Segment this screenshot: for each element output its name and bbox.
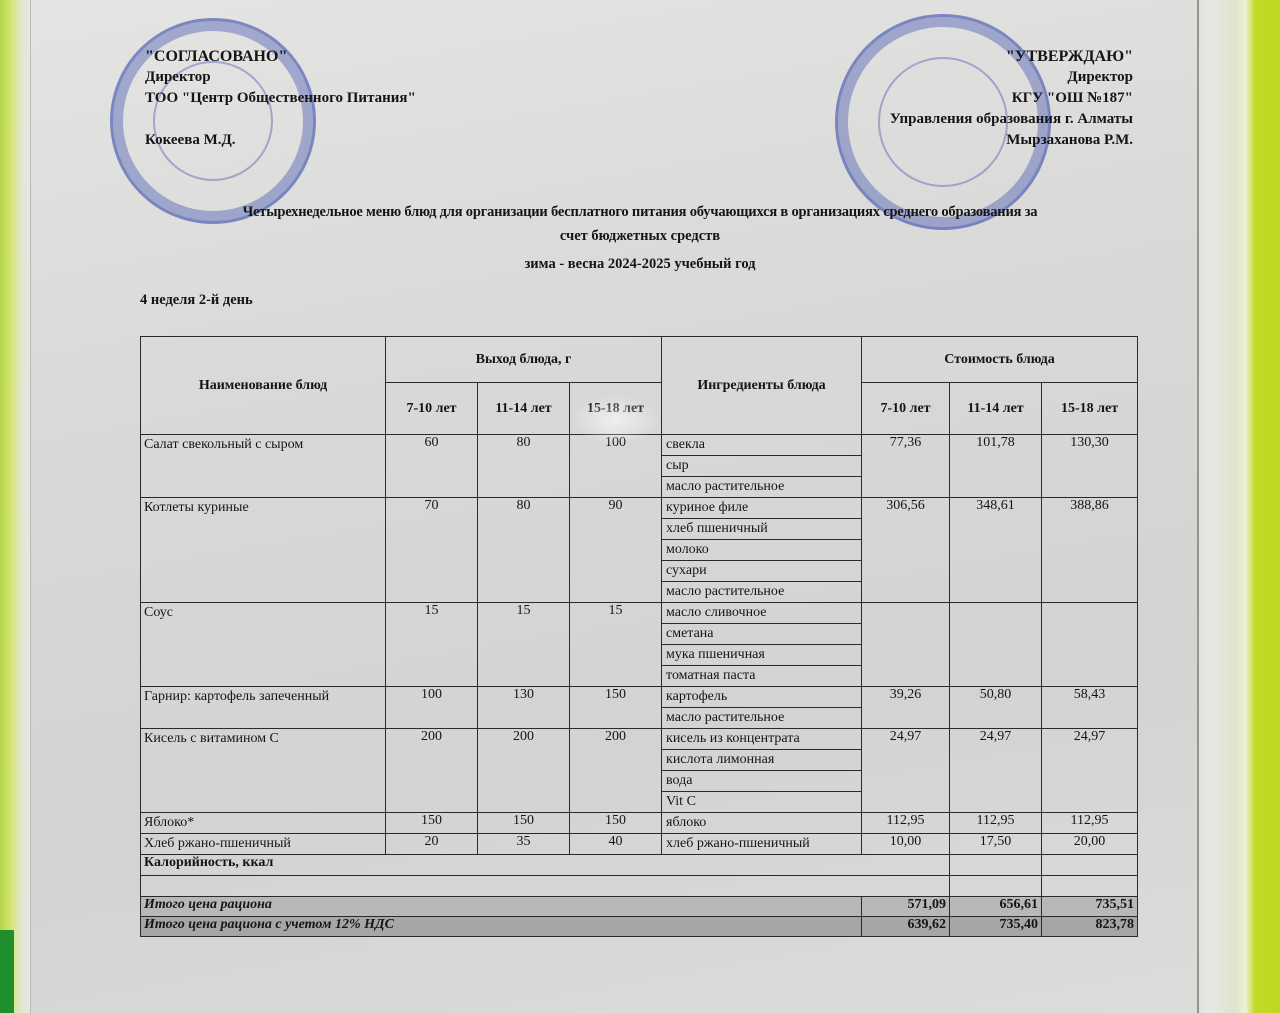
total-value: 571,09 (862, 897, 950, 917)
dish-yield: 150 (570, 813, 662, 834)
dish-yield: 15 (478, 603, 570, 687)
dish-cost: 130,30 (1042, 435, 1138, 498)
dish-yield: 40 (570, 834, 662, 855)
ingredient-item: масло растительное (662, 582, 861, 602)
dish-cost: 20,00 (1042, 834, 1138, 855)
ingredient-list: кисель из концентратакислота лимоннаявод… (662, 729, 862, 813)
header-yield: Выход блюда, г (386, 337, 662, 383)
approval-approved-position: Директор (890, 67, 1133, 88)
ingredient-list: свекласырмасло растительное (662, 435, 862, 498)
dish-cost: 24,97 (950, 729, 1042, 813)
ingredient-item: хлеб пшеничный (662, 519, 861, 540)
empty-row (141, 876, 1138, 897)
table-row: Гарнир: картофель запеченный100130150кар… (141, 687, 1138, 729)
dish-yield: 150 (570, 687, 662, 729)
total-vat-row: Итого цена рациона с учетом 12% НДС 639,… (141, 917, 1138, 937)
title-line-3: зима - весна 2024-2025 учебный год (130, 252, 1150, 276)
ingredient-item: томатная паста (662, 666, 861, 686)
ingredient-list: куриное филехлеб пшеничныймолокосухарима… (662, 498, 862, 603)
total-vat-value: 639,62 (862, 917, 950, 937)
header-cost-age: 7-10 лет (862, 383, 950, 435)
approval-approved-department: Управления образования г. Алматы (890, 109, 1133, 130)
ingredient-item: масло растительное (662, 708, 861, 728)
dish-cost: 50,80 (950, 687, 1042, 729)
header-yield-age: 15-18 лет (570, 383, 662, 435)
approval-agreed-organization: ТОО "Центр Общественного Питания" (145, 88, 416, 109)
table-row: Хлеб ржано-пшеничный203540хлеб ржано-пше… (141, 834, 1138, 855)
ingredient-item: свекла (662, 435, 861, 456)
dish-name: Соус (141, 603, 386, 687)
dish-cost: 112,95 (1042, 813, 1138, 834)
dish-yield: 35 (478, 834, 570, 855)
approval-agreed-label: "СОГЛАСОВАНО" (145, 46, 416, 67)
ingredient-item: картофель (662, 687, 861, 708)
calories-value (950, 855, 1042, 876)
dish-yield: 60 (386, 435, 478, 498)
title-line-1: Четырехнедельное меню блюд для организац… (130, 200, 1150, 224)
total-vat-value: 735,40 (950, 917, 1042, 937)
dish-cost: 58,43 (1042, 687, 1138, 729)
dish-yield: 100 (386, 687, 478, 729)
table-row: Котлеты куриные708090куриное филехлеб пш… (141, 498, 1138, 603)
dish-cost: 24,97 (1042, 729, 1138, 813)
dish-cost: 306,56 (862, 498, 950, 603)
ingredient-item: куриное филе (662, 498, 861, 519)
dish-yield: 15 (570, 603, 662, 687)
dish-name: Хлеб ржано-пшеничный (141, 834, 386, 855)
dish-cost: 112,95 (862, 813, 950, 834)
ingredient-item: кислота лимонная (662, 750, 861, 771)
ingredient-item: вода (662, 771, 861, 792)
header-yield-age: 11-14 лет (478, 383, 570, 435)
header-cost-age: 11-14 лет (950, 383, 1042, 435)
approval-agreed-name: Кокеева М.Д. (145, 130, 416, 151)
dish-yield: 15 (386, 603, 478, 687)
ingredient-list: яблоко (662, 813, 862, 834)
dish-yield: 100 (570, 435, 662, 498)
header-dish-name: Наименование блюд (141, 337, 386, 435)
dish-yield: 80 (478, 435, 570, 498)
background-frame-left (0, 0, 30, 1013)
ingredient-item: масло сливочное (662, 603, 861, 624)
ingredient-item: Vit C (662, 792, 861, 812)
total-value: 656,61 (950, 897, 1042, 917)
total-value: 735,51 (1042, 897, 1138, 917)
title-line-2: счет бюджетных средств (130, 224, 1150, 248)
dish-yield: 90 (570, 498, 662, 603)
menu-table: Наименование блюд Выход блюда, г Ингреди… (140, 336, 1138, 937)
dish-cost: 101,78 (950, 435, 1042, 498)
dish-cost (862, 603, 950, 687)
approval-agreed-position: Директор (145, 67, 416, 88)
total-vat-value: 823,78 (1042, 917, 1138, 937)
approval-approved-organization: КГУ "ОШ №187" (890, 88, 1133, 109)
approval-approved-name: Мырзаханова Р.М. (890, 130, 1133, 151)
dish-cost (1042, 603, 1138, 687)
table-row: Кисель с витамином С200200200кисель из к… (141, 729, 1138, 813)
total-row: Итого цена рациона 571,09 656,61 735,51 (141, 897, 1138, 917)
approval-block-approved: "УТВЕРЖДАЮ" Директор КГУ "ОШ №187" Управ… (890, 46, 1133, 151)
dish-cost: 17,50 (950, 834, 1042, 855)
dish-yield: 200 (478, 729, 570, 813)
table-row: Соус151515масло сливочноесметанамука пше… (141, 603, 1138, 687)
dish-name: Котлеты куриные (141, 498, 386, 603)
ingredient-item: яблоко (662, 813, 861, 833)
ingredient-list: хлеб ржано-пшеничный (662, 834, 862, 855)
ingredient-item: молоко (662, 540, 861, 561)
ingredient-item: мука пшеничная (662, 645, 861, 666)
dish-name: Кисель с витамином С (141, 729, 386, 813)
calories-value (1042, 855, 1138, 876)
dish-cost: 348,61 (950, 498, 1042, 603)
calories-row: Калорийность, ккал (141, 855, 1138, 876)
ingredient-item: сухари (662, 561, 861, 582)
dish-cost: 10,00 (862, 834, 950, 855)
ingredient-list: масло сливочноесметанамука пшеничнаятома… (662, 603, 862, 687)
ingredient-item: сыр (662, 456, 861, 477)
dish-cost: 388,86 (1042, 498, 1138, 603)
header-cost-age: 15-18 лет (1042, 383, 1138, 435)
table-row: Яблоко*150150150яблоко112,95112,95112,95 (141, 813, 1138, 834)
calories-label: Калорийность, ккал (141, 855, 950, 876)
background-frame-right (1190, 0, 1280, 1013)
background-green-object (0, 930, 14, 1013)
dish-yield: 130 (478, 687, 570, 729)
dish-yield: 200 (386, 729, 478, 813)
dish-cost (950, 603, 1042, 687)
dish-yield: 150 (478, 813, 570, 834)
week-day-label: 4 неделя 2-й день (140, 292, 253, 309)
dish-cost: 39,26 (862, 687, 950, 729)
dish-cost: 24,97 (862, 729, 950, 813)
dish-yield: 150 (386, 813, 478, 834)
dish-name: Гарнир: картофель запеченный (141, 687, 386, 729)
dish-yield: 20 (386, 834, 478, 855)
header-cost: Стоимость блюда (862, 337, 1138, 383)
dish-name: Яблоко* (141, 813, 386, 834)
ingredient-item: хлеб ржано-пшеничный (662, 834, 861, 854)
dish-cost: 77,36 (862, 435, 950, 498)
total-label: Итого цена рациона (141, 897, 862, 917)
header-yield-age: 7-10 лет (386, 383, 478, 435)
dish-name: Салат свекольный с сыром (141, 435, 386, 498)
ingredient-item: сметана (662, 624, 861, 645)
dish-yield: 80 (478, 498, 570, 603)
table-row: Салат свекольный с сыром6080100свекласыр… (141, 435, 1138, 498)
approval-block-agreed: "СОГЛАСОВАНО" Директор ТОО "Центр Общест… (145, 46, 416, 151)
ingredient-item: масло растительное (662, 477, 861, 497)
dish-cost: 112,95 (950, 813, 1042, 834)
dish-yield: 70 (386, 498, 478, 603)
ingredient-item: кисель из концентрата (662, 729, 861, 750)
ingredient-list: картофельмасло растительное (662, 687, 862, 729)
document-title: Четырехнедельное меню блюд для организац… (130, 200, 1150, 276)
approval-approved-label: "УТВЕРЖДАЮ" (890, 46, 1133, 67)
header-ingredients: Ингредиенты блюда (662, 337, 862, 435)
signature-line (145, 109, 416, 130)
dish-yield: 200 (570, 729, 662, 813)
total-vat-label: Итого цена рациона с учетом 12% НДС (141, 917, 862, 937)
